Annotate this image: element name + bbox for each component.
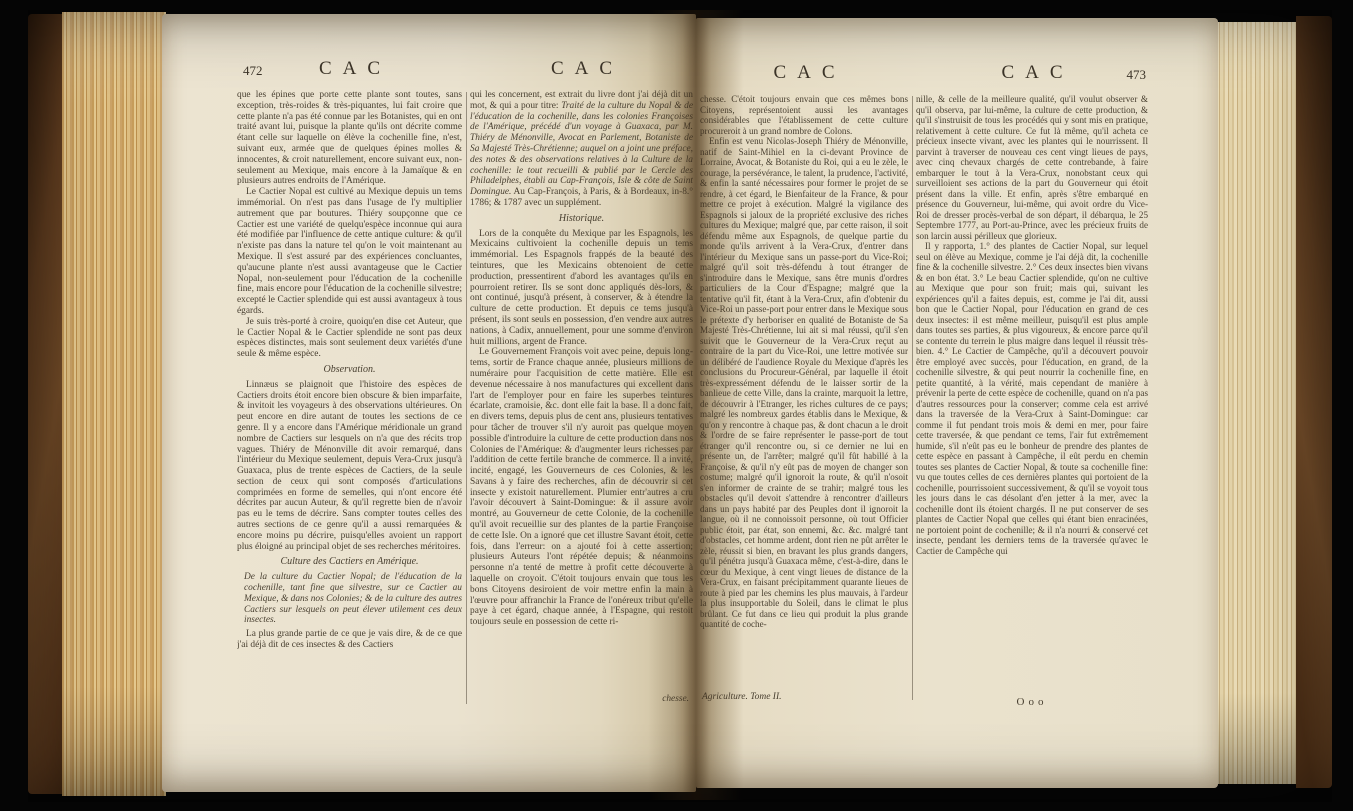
paragraph: Lors de la conquête du Mexique par les E… <box>470 229 693 348</box>
left-page-header: 472 CAC CAC <box>237 58 693 84</box>
running-head: CAC <box>916 62 1148 88</box>
left-page-text: 472 CAC CAC que les épines que porte cet… <box>237 58 693 708</box>
right-page-text: CAC CAC 473 chesse. C'étoit toujours env… <box>700 62 1148 712</box>
gathering-mark: Ooo <box>916 696 1148 708</box>
right-book-cover <box>1296 16 1332 788</box>
right-page-header: CAC CAC 473 <box>700 62 1148 88</box>
paragraph: Je suis très-porté à croire, quoiqu'en d… <box>237 317 462 360</box>
paragraph: De la culture du Cactier Nopal; de l'édu… <box>244 572 462 626</box>
paragraph: Le Cactier Nopal est cultivé au Mexique … <box>237 187 462 317</box>
page-number: 473 <box>1127 67 1147 83</box>
paragraph: Le Gouvernement François voit avec peine… <box>470 347 693 628</box>
book-photo: 472 CAC CAC que les épines que porte cet… <box>28 10 1332 802</box>
left-page-block-edge <box>62 12 166 796</box>
paragraph: que les épines que porte cette plante so… <box>237 90 462 187</box>
column-rule <box>912 96 913 700</box>
running-head: CAC <box>700 62 908 88</box>
right-page-block-edge <box>1214 22 1302 784</box>
paragraph: La plus grande partie de ce que je vais … <box>237 629 462 651</box>
running-head: CAC <box>237 58 462 84</box>
section-heading: Observation. <box>237 365 462 376</box>
running-head: CAC <box>470 58 693 84</box>
section-heading: Culture des Cactiers en Amérique. <box>237 557 462 568</box>
catchword: chesse. <box>662 694 689 704</box>
page-number: 472 <box>243 63 263 79</box>
text-column: qui les concernent, est extrait du livre… <box>470 90 693 704</box>
paragraph: Linnæus se plaignoit que l'histoire des … <box>237 380 462 553</box>
paragraph: chesse. C'étoit toujours envain que ces … <box>700 94 908 136</box>
paragraph: qui les concernent, est extrait du livre… <box>470 90 693 209</box>
paragraph: nille, & celle de la meilleure qualité, … <box>916 94 1148 241</box>
section-heading: Historique. <box>470 214 693 225</box>
paragraph: Il y rapporta, 1.° des plantes de Cactie… <box>916 241 1148 556</box>
column-rule <box>466 92 467 704</box>
text-column: que les épines que porte cette plante so… <box>237 90 462 704</box>
text-column: nille, & celle de la meilleure qualité, … <box>916 94 1148 700</box>
signature-line: Agriculture. Tome II. <box>702 692 782 702</box>
text-column: chesse. C'étoit toujours envain que ces … <box>700 94 908 700</box>
paragraph: Enfin est venu Nicolas-Joseph Thiéry de … <box>700 136 908 630</box>
